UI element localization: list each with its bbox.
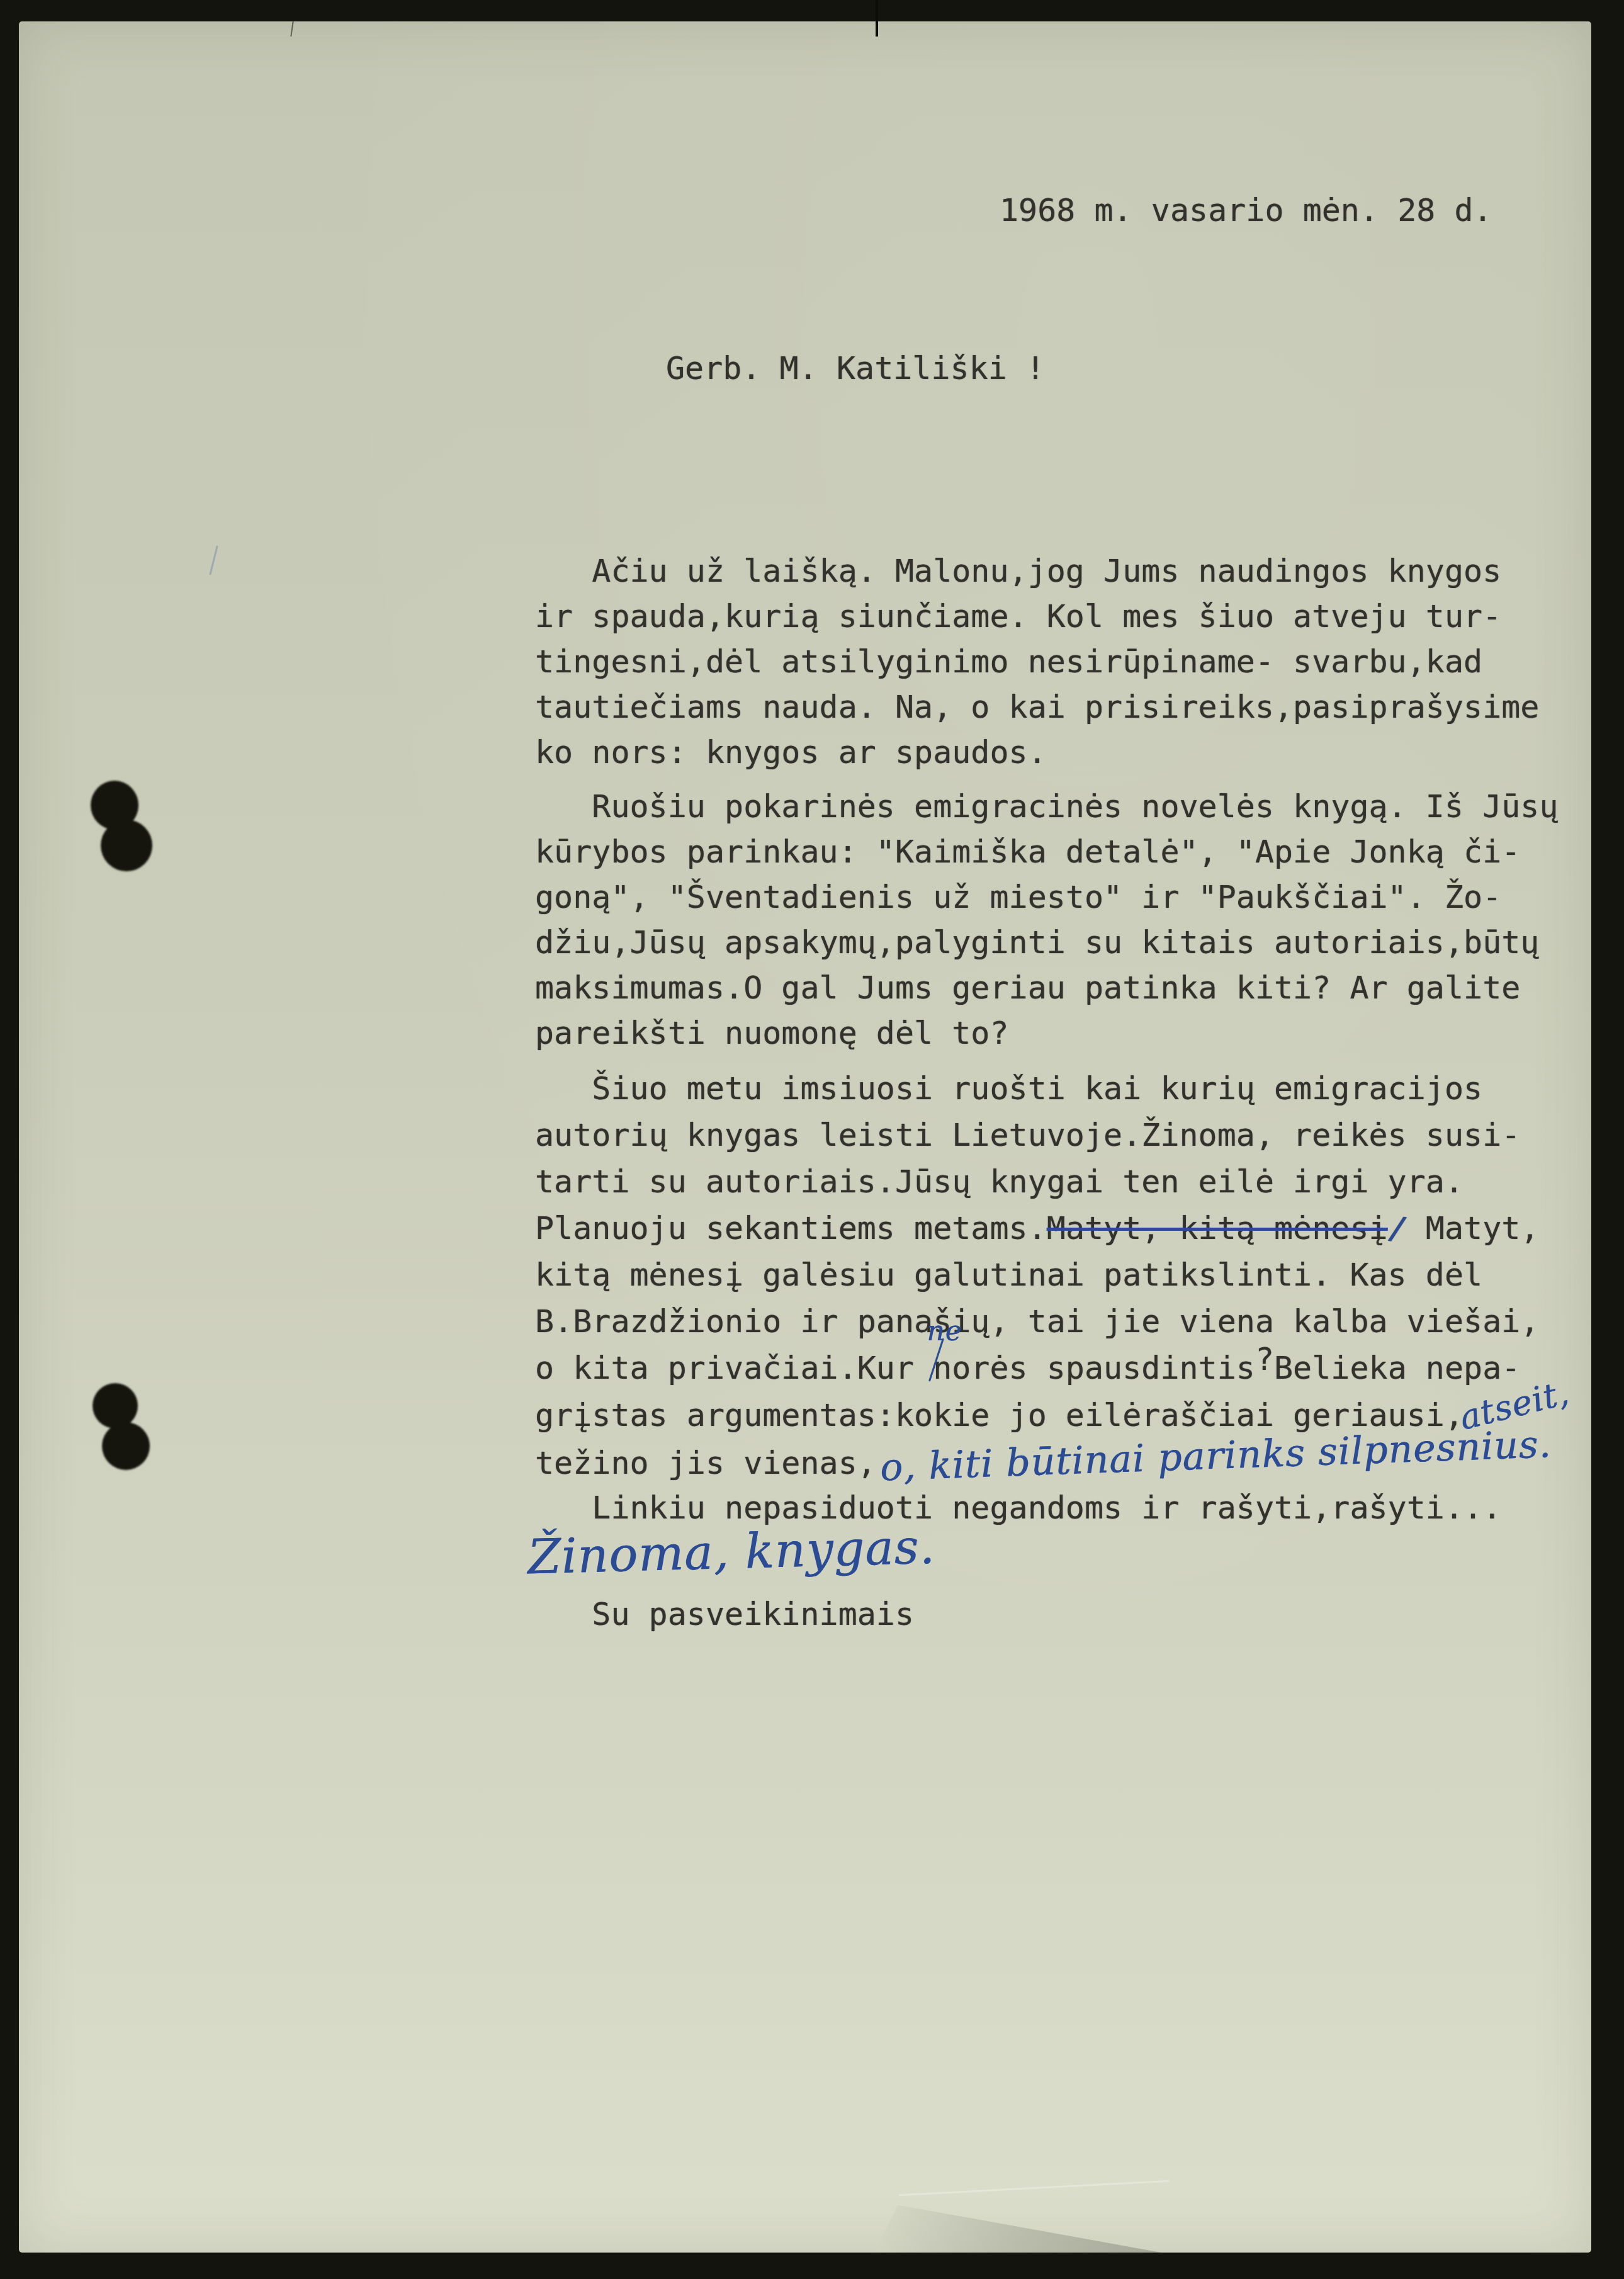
typed-line-signoff: Su pasveikinimais [535,1596,914,1632]
ink-blot-1 [88,778,195,879]
typed-line: Linkiu nepasiduoti negandoms ir rašyti,r… [535,1490,1501,1526]
typed-line: maksimumas.O gal Jums geriau patinka kit… [535,970,1520,1006]
typed-line: kitą mėnesį galėsiu galutinai patikslint… [535,1257,1482,1293]
typed-line: ir spauda,kurią siunčiame. Kol mes šiuo … [535,598,1501,635]
typed-segment: norės spausdintis [933,1350,1255,1386]
typed-line: tingesni,dėl atsilyginimo nesirūpiname- … [535,643,1482,680]
typed-segment: o kita privačiai.Kur [535,1350,933,1386]
typed-line: goną", "Šventadienis už miesto" ir "Pauk… [535,879,1501,915]
typed-line-with-strikethrough: Planuoju sekantiems metams.Matyt, kitą m… [535,1210,1539,1247]
typed-line: Šiuo metu imsiuosi ruošti kai kurių emig… [535,1070,1482,1107]
ink-blot-circle [93,1383,138,1428]
raised-question-mark: ? [1255,1341,1274,1377]
typed-line: tarti su autoriais.Jūsų knygai ten eilė … [535,1163,1463,1200]
scan-background: 1968 m. vasario mėn. 28 d. Gerb. M. Kati… [0,0,1624,2279]
typed-segment: grįstas argumentas:kokie jo eilėraščiai … [535,1397,1463,1434]
typed-line: Ruošiu pokarinės emigracinės novelės kny… [535,788,1559,825]
scan-tear-mark [876,0,878,37]
typed-line-with-annotation: težino jis vienas,o, kiti būtinai parink… [535,1443,1548,1481]
handwritten-insertion-ne: ne [927,1313,962,1350]
ink-blot-circle [102,1422,150,1470]
typed-line: B.Brazdžionio ir panašių, tai jie viena … [535,1303,1539,1340]
date-line: 1968 m. vasario mėn. 28 d. [1000,192,1492,229]
ink-blot-circle [101,820,152,871]
pen-slash-mark: / [1385,1209,1409,1248]
typed-segment: Planuoju sekantiems metams. [535,1210,1047,1247]
typed-line: džiu,Jūsų apsakymų,palyginti su kitais a… [535,924,1539,961]
typed-line: autorių knygas leisti Lietuvoje.Žinoma, … [535,1117,1520,1153]
typed-segment: težino jis vienas, [535,1445,876,1481]
typed-line: pareikšti nuomonę dėl to? [535,1015,1009,1051]
typed-line: ko nors: knygos ar spaudos. [535,734,1047,771]
ink-blot-2 [89,1381,190,1476]
handwritten-annotation-zinoma: Žinoma, knygas. [527,1518,936,1585]
typed-segment: Matyt, [1407,1210,1540,1247]
typed-line: tautiečiams nauda. Na, o kai prisireiks,… [535,689,1539,725]
typed-line: kūrybos parinkau: "Kaimiška detalė", "Ap… [535,834,1520,870]
typed-line: Ačiu už laišką. Malonu,jog Jums naudingo… [535,553,1501,589]
struck-text: Matyt, kitą mėnesį [1047,1210,1388,1247]
typed-segment: Belieka nepa- [1274,1350,1520,1386]
salutation: Gerb. M. Katiliški ! [666,350,1045,387]
typed-line-with-insertion: o kita privačiai.Kur nenorės spausdintis… [535,1350,1520,1386]
